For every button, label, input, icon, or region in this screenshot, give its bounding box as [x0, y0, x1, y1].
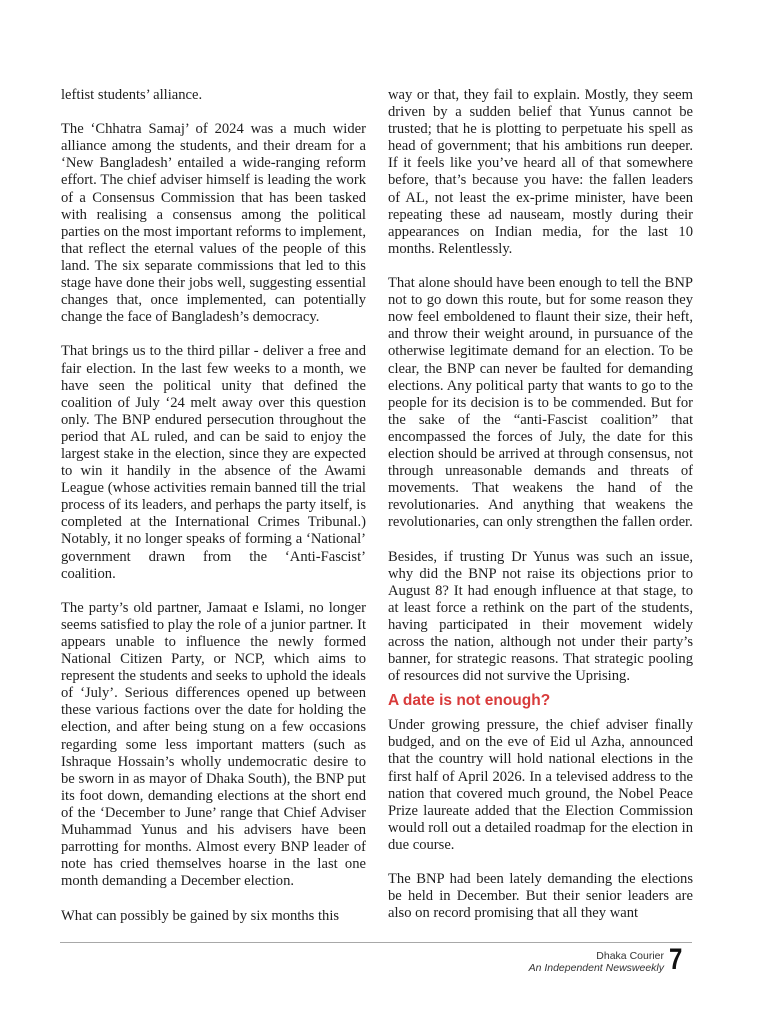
- article-column-left: leftist students’ alliance. The ‘Chhatra…: [61, 87, 366, 942]
- publication-name: Dhaka Courier: [529, 950, 664, 962]
- page-footer: Dhaka Courier An Independent Newsweekly: [529, 950, 664, 974]
- magazine-page: leftist students’ alliance. The ‘Chhatra…: [0, 0, 768, 1027]
- page-number: 7: [669, 945, 682, 975]
- publication-tagline: An Independent Newsweekly: [529, 962, 664, 974]
- paragraph: The ‘Chhatra Samaj’ of 2024 was a much w…: [61, 121, 366, 326]
- paragraph: Besides, if trusting Dr Yunus was such a…: [388, 549, 693, 686]
- paragraph: way or that, they fail to explain. Mostl…: [388, 87, 693, 258]
- paragraph: That brings us to the third pillar - del…: [61, 343, 366, 582]
- article-column-right: way or that, they fail to explain. Mostl…: [388, 87, 693, 940]
- paragraph: What can possibly be gained by six month…: [61, 908, 366, 925]
- paragraph: Under growing pressure, the chief advise…: [388, 717, 693, 854]
- footer-divider: [60, 942, 692, 943]
- paragraph: leftist students’ alliance.: [61, 87, 366, 104]
- paragraph: That alone should have been enough to te…: [388, 275, 693, 531]
- section-subheading: A date is not enough?: [388, 691, 693, 711]
- paragraph: The BNP had been lately demanding the el…: [388, 871, 693, 922]
- paragraph: The party’s old partner, Jamaat e Islami…: [61, 600, 366, 891]
